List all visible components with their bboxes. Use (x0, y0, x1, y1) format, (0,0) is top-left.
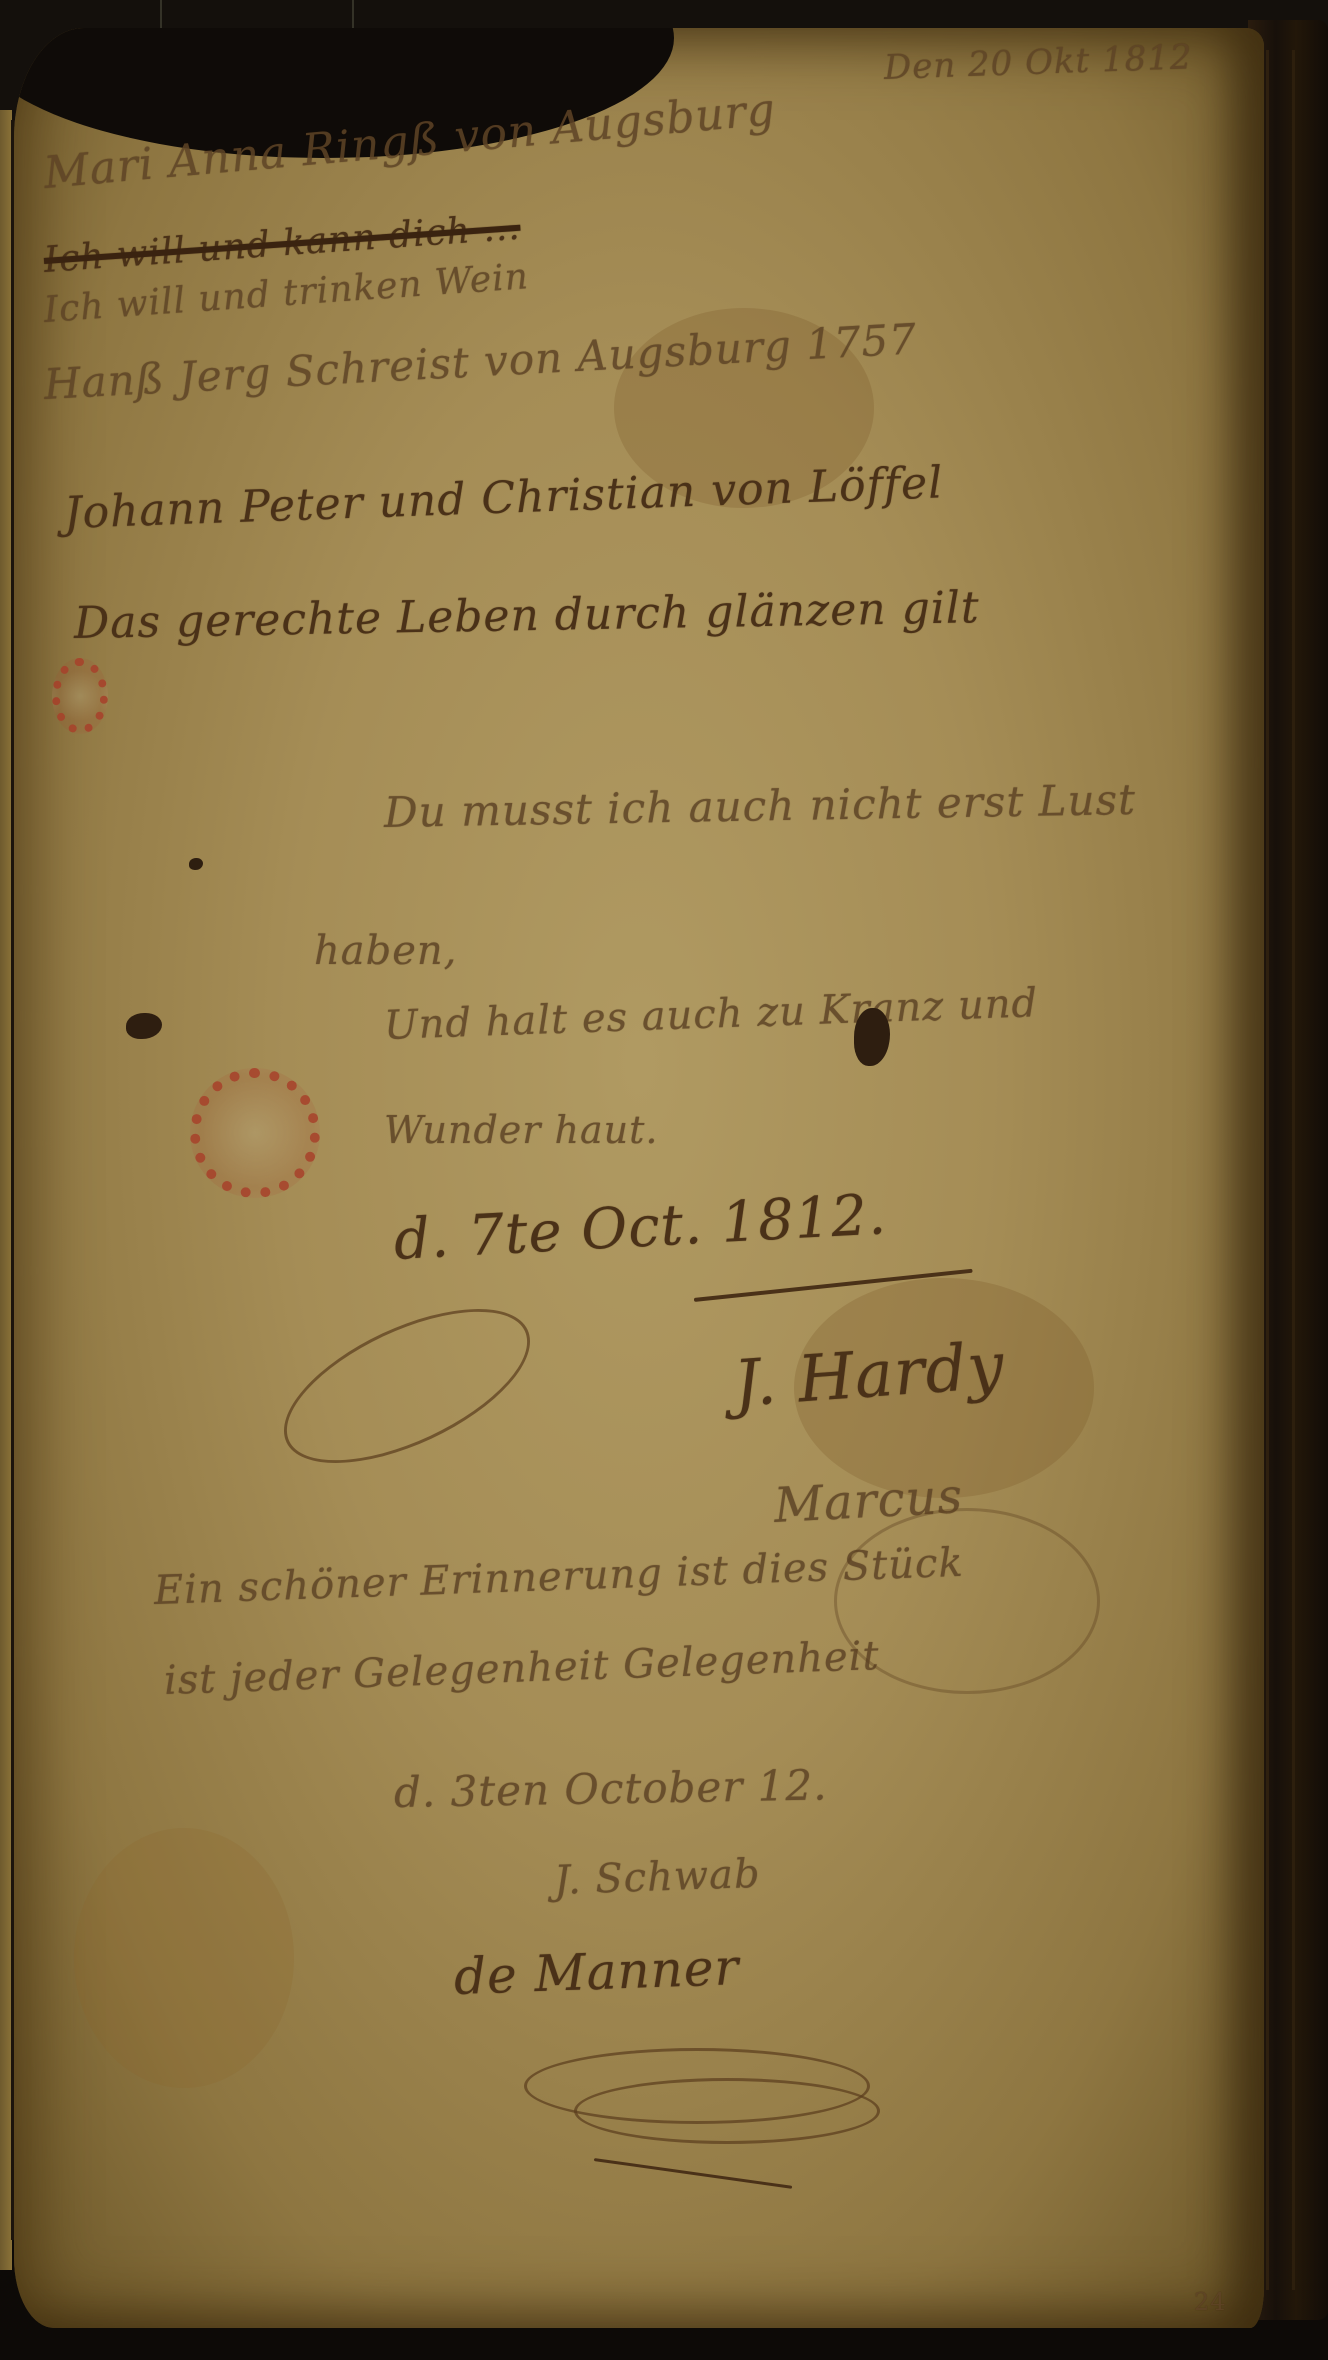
red-seal-stain (52, 658, 108, 734)
entry-1-line-6: Das gerechte Leben durch glänzen gilt (74, 582, 980, 649)
photo-scene: Den 20 Okt 1812 Mari Anna Ringß von Augs… (0, 0, 1328, 2360)
entry-1-line-1: Mari Anna Ringß von Augsburg (42, 84, 778, 199)
entry-2-line-1: Du musst ich auch nicht erst Lust (384, 775, 1137, 837)
entry-2-line-2: haben, (314, 928, 457, 974)
flourish-loop (834, 1508, 1100, 1694)
flourish-loop (262, 1277, 552, 1495)
signature-underline (594, 2158, 792, 2189)
entry-2-line-3: Und halt es auch zu Kranz und (383, 980, 1039, 1049)
flourish-loop (574, 2078, 880, 2144)
paper-stain (74, 1828, 294, 2088)
ink-blot (854, 1008, 890, 1066)
ink-blot (126, 1013, 162, 1039)
entry-3-signature: J. Schwab (553, 1851, 761, 1904)
corner-date-note: Den 20 Okt 1812 (883, 37, 1193, 88)
entry-1-line-5: Johann Peter und Christian von Löffel (63, 457, 944, 539)
entry-2-line-4: Wunder haut. (384, 1108, 658, 1152)
ink-blot (189, 858, 203, 870)
red-seal-stain (190, 1068, 320, 1198)
entry-3-line-2: ist jeder Gelegenheit Gelegenheit (163, 1633, 880, 1704)
entry-2-date: d. 7te Oct. 1812. (392, 1182, 888, 1273)
entry-3-signature-2: de Manner (453, 1938, 740, 2006)
manuscript-page: Den 20 Okt 1812 Mari Anna Ringß von Augs… (14, 28, 1264, 2328)
page-number: 24 (1194, 2288, 1227, 2316)
entry-3-date: d. 3ten October 12. (394, 1760, 828, 1817)
